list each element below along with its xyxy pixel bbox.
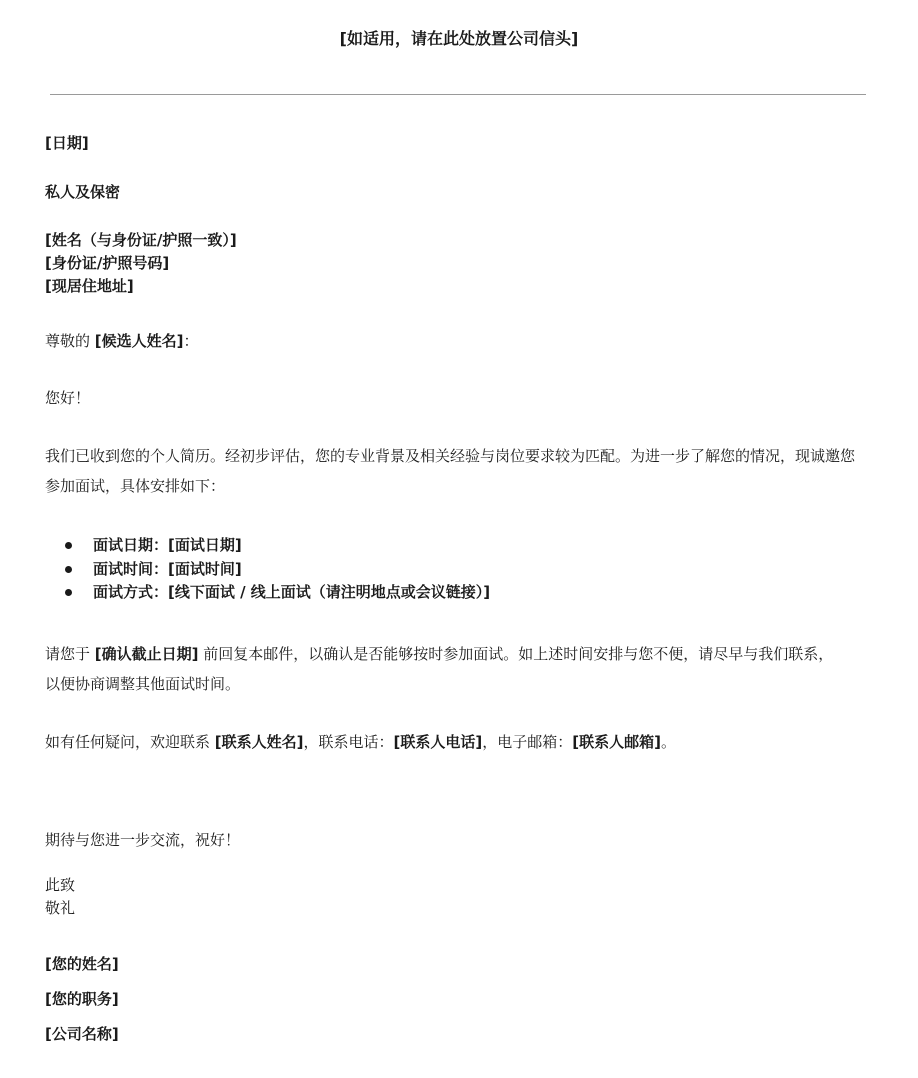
item-label: 面试时间： <box>93 560 168 578</box>
signature-name: [您的姓名] <box>45 953 119 975</box>
signature-title: [您的职务] <box>45 988 119 1010</box>
bullet-icon <box>65 566 72 573</box>
recipient-id-number: [身份证/护照号码] <box>45 252 865 275</box>
candidate-name-placeholder: [候选人姓名] <box>95 332 184 350</box>
item-label: 面试方式： <box>93 583 168 601</box>
recipient-block: [姓名（与身份证/护照一致）] [身份证/护照号码] [现居住地址] <box>45 229 865 298</box>
confirm-prefix: 请您于 <box>45 645 95 663</box>
interview-mode-item: 面试方式：[线下面试 / 线上面试（请注明地点或会议链接）] <box>45 581 490 605</box>
deadline-placeholder: [确认截止日期] <box>95 645 199 663</box>
recipient-address: [现居住地址] <box>45 275 865 298</box>
header-divider <box>50 94 866 95</box>
recipient-name: [姓名（与身份证/护照一致）] <box>45 229 865 252</box>
bullet-icon <box>65 589 72 596</box>
letterhead-placeholder: [如适用，请在此处放置公司信头] <box>0 28 918 50</box>
closing-line-1: 此致 <box>45 874 865 897</box>
signature-company: [公司名称] <box>45 1023 119 1045</box>
contact-email-placeholder: [联系人邮箱] <box>572 733 661 751</box>
item-label: 面试日期： <box>93 536 168 554</box>
contact-prefix: 如有任何疑问，欢迎联系 <box>45 733 215 751</box>
contact-name-placeholder: [联系人姓名] <box>215 733 304 751</box>
email-label: ，电子邮箱： <box>482 733 572 751</box>
salutation-prefix: 尊敬的 <box>45 332 95 350</box>
interview-date-item: 面试日期：[面试日期] <box>45 534 490 558</box>
item-value: [线下面试 / 线上面试（请注明地点或会议链接）] <box>168 583 490 601</box>
contact-phone-placeholder: [联系人电话] <box>394 733 483 751</box>
confidential-label: 私人及保密 <box>45 181 865 204</box>
phone-label: ，联系电话： <box>304 733 394 751</box>
interview-time-item: 面试时间：[面试时间] <box>45 558 490 582</box>
closing-block: 此致 敬礼 <box>45 874 865 920</box>
confirm-paragraph: 请您于 [确认截止日期] 前回复本邮件，以确认是否能够按时参加面试。如上述时间安… <box>45 639 845 699</box>
greeting: 您好！ <box>45 387 865 410</box>
salutation-suffix: ： <box>184 332 199 350</box>
item-value: [面试日期] <box>168 536 242 554</box>
contact-paragraph: 如有任何疑问，欢迎联系 [联系人姓名]，联系电话：[联系人电话]，电子邮箱：[联… <box>45 727 845 757</box>
interview-details-list: 面试日期：[面试日期] 面试时间：[面试时间] 面试方式：[线下面试 / 线上面… <box>45 534 490 605</box>
intro-paragraph: 我们已收到您的个人简历。经初步评估，您的专业背景及相关经验与岗位要求较为匹配。为… <box>45 441 860 501</box>
date-placeholder: [日期] <box>45 132 865 155</box>
item-value: [面试时间] <box>168 560 242 578</box>
letter-document: [如适用，请在此处放置公司信头] [日期] 私人及保密 [姓名（与身份证/护照一… <box>0 0 918 1078</box>
closing-line: 期待与您进一步交流，祝好！ <box>45 829 865 852</box>
closing-line-2: 敬礼 <box>45 897 865 920</box>
salutation: 尊敬的 [候选人姓名]： <box>45 330 865 353</box>
bullet-icon <box>65 542 72 549</box>
contact-suffix: 。 <box>661 733 676 751</box>
